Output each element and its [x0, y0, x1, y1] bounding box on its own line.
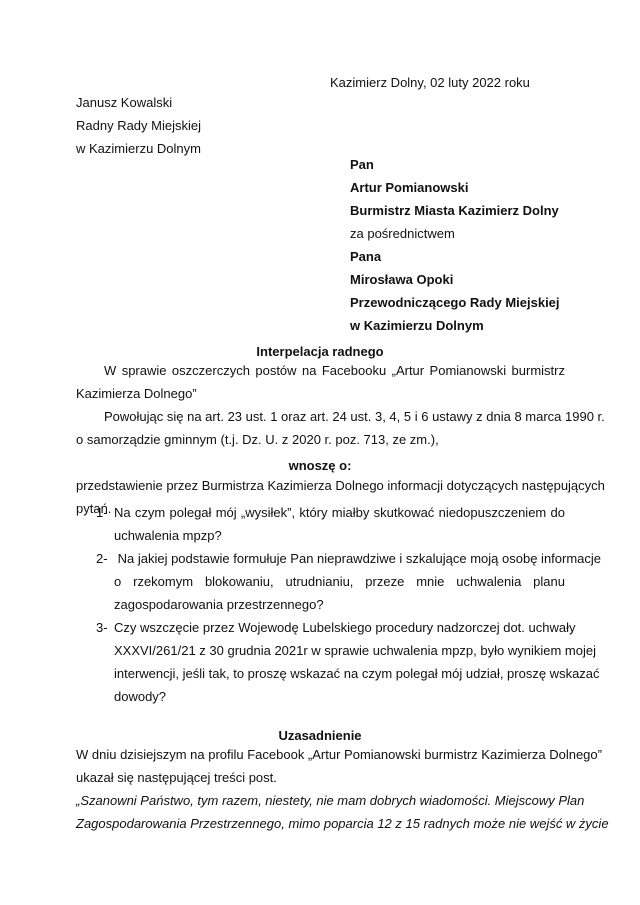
basis-line: o samorządzie gminnym (t.j. Dz. U. z 202… — [76, 428, 565, 451]
question-number: 2- — [96, 547, 108, 570]
sender-location: w Kazimierzu Dolnym — [76, 141, 201, 157]
question-line: o rzekomym blokowaniu, utrudnianiu, prze… — [114, 570, 565, 593]
question-number: 1- — [96, 501, 108, 524]
subject-line: Kazimierza Dolnego” — [76, 382, 565, 405]
addressee-title: Burmistrz Miasta Kazimierz Dolny — [350, 203, 559, 219]
intermediary-salutation: Pana — [350, 249, 381, 265]
question-number: 3- — [96, 616, 108, 639]
question-line: interwencji, jeśli tak, to proszę wskaza… — [114, 662, 565, 685]
justification-paragraph: W dniu dzisiejszym na profilu Facebook „… — [76, 743, 565, 835]
question-line: Na czym polegał mój „wysiłek”, który mia… — [114, 501, 565, 524]
request-heading: wnoszę o: — [0, 458, 640, 474]
question-line: uchwalenia mpzp? — [114, 524, 565, 547]
justification-line: ukazał się następującej treści post. — [76, 766, 565, 789]
quote-line: Zagospodarowania Przestrzennego, mimo po… — [76, 812, 565, 835]
question-line: Czy wszczęcie przez Wojewodę Lubelskiego… — [114, 616, 565, 639]
question-line: dowody? — [114, 685, 565, 708]
question-line: XXXVI/261/21 z 30 grudnia 2021r w sprawi… — [114, 639, 565, 662]
subject-line: W sprawie oszczerczych postów na Faceboo… — [76, 359, 565, 382]
basis-line: Powołując się na art. 23 ust. 1 oraz art… — [76, 405, 565, 428]
subject-paragraph: W sprawie oszczerczych postów na Faceboo… — [76, 359, 565, 405]
place-date: Kazimierz Dolny, 02 luty 2022 roku — [330, 75, 530, 91]
question-line: Na jakiej podstawie formułuje Pan niepra… — [114, 547, 565, 570]
addressee-name: Artur Pomianowski — [350, 180, 468, 196]
intermediary-location: w Kazimierzu Dolnym — [350, 318, 484, 334]
document-page: Kazimierz Dolny, 02 luty 2022 roku Janus… — [0, 0, 640, 905]
justification-title: Uzasadnienie — [0, 728, 640, 744]
sender-name: Janusz Kowalski — [76, 95, 172, 111]
addressee-salutation: Pan — [350, 157, 374, 173]
quote-line: „Szanowni Państwo, tym razem, niestety, … — [76, 789, 565, 812]
addressee-via: za pośrednictwem — [350, 226, 455, 242]
sender-title: Radny Rady Miejskiej — [76, 118, 201, 134]
question-line: zagospodarowania przestrzennego? — [114, 593, 565, 616]
legal-basis-paragraph: Powołując się na art. 23 ust. 1 oraz art… — [76, 405, 565, 451]
request-line: przedstawienie przez Burmistrza Kazimier… — [76, 474, 565, 497]
intermediary-name: Mirosława Opoki — [350, 272, 453, 288]
justification-line: W dniu dzisiejszym na profilu Facebook „… — [76, 743, 565, 766]
interpelation-title: Interpelacja radnego — [0, 344, 640, 360]
intermediary-title: Przewodniczącego Rady Miejskiej — [350, 295, 560, 311]
